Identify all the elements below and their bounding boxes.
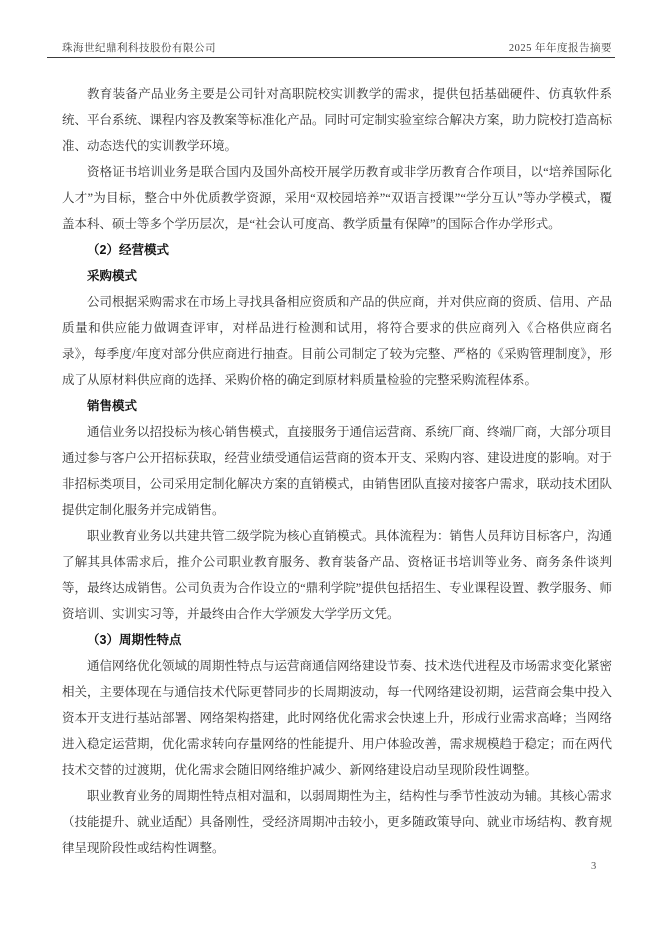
section-heading: （2）经营模式 bbox=[62, 237, 612, 263]
body-paragraph: 职业教育业务以共建共管二级学院为核心直销模式。具体流程为：销售人员拜访目标客户，… bbox=[62, 523, 612, 627]
section-heading: 采购模式 bbox=[62, 263, 612, 289]
report-title: 2025 年年度报告摘要 bbox=[509, 40, 612, 55]
report-page: 珠海世纪鼎利科技股份有限公司 2025 年年度报告摘要 教育装备产品业务主要是公… bbox=[0, 0, 662, 936]
section-heading: 销售模式 bbox=[62, 393, 612, 419]
document-body: 教育装备产品业务主要是公司针对高职院校实训教学的需求，提供包括基础硬件、仿真软件… bbox=[62, 81, 612, 861]
body-paragraph: 职业教育业务的周期性特点相对温和，以弱周期性为主，结构性与季节性波动为辅。其核心… bbox=[62, 783, 612, 861]
body-paragraph: 通信网络优化领域的周期性特点与运营商通信网络建设节奏、技术迭代进程及市场需求变化… bbox=[62, 653, 612, 783]
page-header: 珠海世纪鼎利科技股份有限公司 2025 年年度报告摘要 bbox=[62, 40, 612, 55]
body-paragraph: 通信业务以招投标为核心销售模式，直接服务于通信运营商、系统厂商、终端厂商，大部分… bbox=[62, 419, 612, 523]
company-name: 珠海世纪鼎利科技股份有限公司 bbox=[62, 40, 216, 55]
section-heading: （3）周期性特点 bbox=[62, 627, 612, 653]
page-number: 3 bbox=[591, 861, 596, 872]
body-paragraph: 资格证书培训业务是联合国内及国外高校开展学历教育或非学历教育合作项目，以“培养国… bbox=[62, 159, 612, 237]
body-paragraph: 公司根据采购需求在市场上寻找具备相应资质和产品的供应商，并对供应商的资质、信用、… bbox=[62, 289, 612, 393]
body-paragraph: 教育装备产品业务主要是公司针对高职院校实训教学的需求，提供包括基础硬件、仿真软件… bbox=[62, 81, 612, 159]
header-divider bbox=[47, 57, 615, 58]
